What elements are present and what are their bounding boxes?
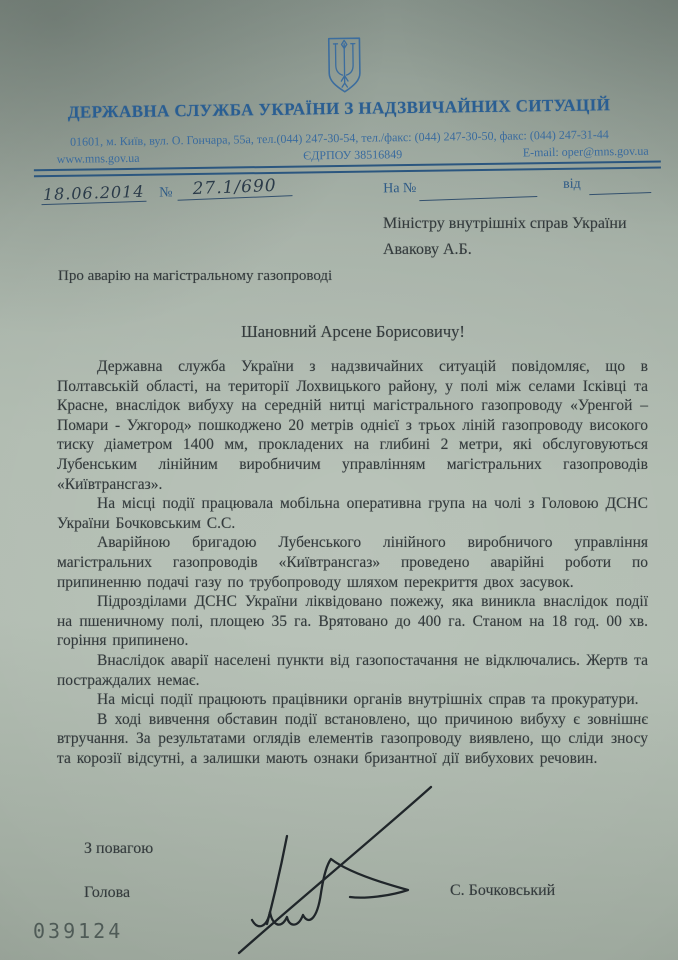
- addressee-line2: Авакову А.Б.: [383, 237, 627, 263]
- reference-row: 18.06.2014 № 27.1/690 На № від: [1, 173, 678, 208]
- from-date-label: від: [563, 177, 581, 193]
- paragraph: В ході вивчення обставин події встановле…: [57, 710, 648, 769]
- addressee-line1: Міністру внутрішніх справ України: [383, 211, 627, 237]
- signer-name: С. Бочковський: [450, 882, 555, 900]
- signature-icon: [225, 775, 440, 960]
- paragraph: Державна служба України з надзвичайних с…: [57, 357, 648, 494]
- outgoing-number-handwritten: 27.1/690: [177, 175, 293, 201]
- addressee-block: Міністру внутрішніх справ України Аваков…: [383, 211, 627, 263]
- paragraph: Аварійною бригадою Лубенського лінійного…: [57, 533, 648, 592]
- paragraph: На місці події працювала мобільна операт…: [57, 494, 648, 533]
- letterhead: ДЕРЖАВНА СЛУЖБА УКРАЇНИ З НАДЗВИЧАЙНИХ С…: [0, 0, 678, 215]
- letter-body: Державна служба України з надзвичайних с…: [57, 357, 648, 768]
- ukraine-trident-icon: [324, 36, 365, 98]
- incoming-number-label: На №: [383, 181, 416, 197]
- paragraph: Підрозділами ДСНС України ліквідовано по…: [57, 592, 648, 651]
- incoming-number-blank: [419, 196, 537, 201]
- paragraph: Внаслідок аварії населені пункти від газ…: [57, 651, 648, 690]
- registration-stamp-number: 039124: [33, 919, 123, 943]
- agency-name: ДЕРЖАВНА СЛУЖБА УКРАЇНИ З НАДЗВИЧАЙНИХ С…: [0, 94, 678, 123]
- from-date-blank: [589, 192, 651, 195]
- paragraph: На місці події працюють працівники орган…: [57, 690, 648, 710]
- signer-title: Голова: [84, 884, 130, 902]
- subject-line: Про аварію на магістральному газопроводі: [58, 268, 332, 285]
- salutation: Шановний Арсене Борисовичу!: [0, 322, 678, 342]
- closing-regards: З повагою: [84, 840, 153, 858]
- number-sign: №: [159, 185, 173, 201]
- email: E-mail: oper@mns.gov.ua: [523, 144, 649, 161]
- letter-photo: ДЕРЖАВНА СЛУЖБА УКРАЇНИ З НАДЗВИЧАЙНИХ С…: [0, 0, 678, 960]
- outgoing-date-handwritten: 18.06.2014: [41, 182, 147, 205]
